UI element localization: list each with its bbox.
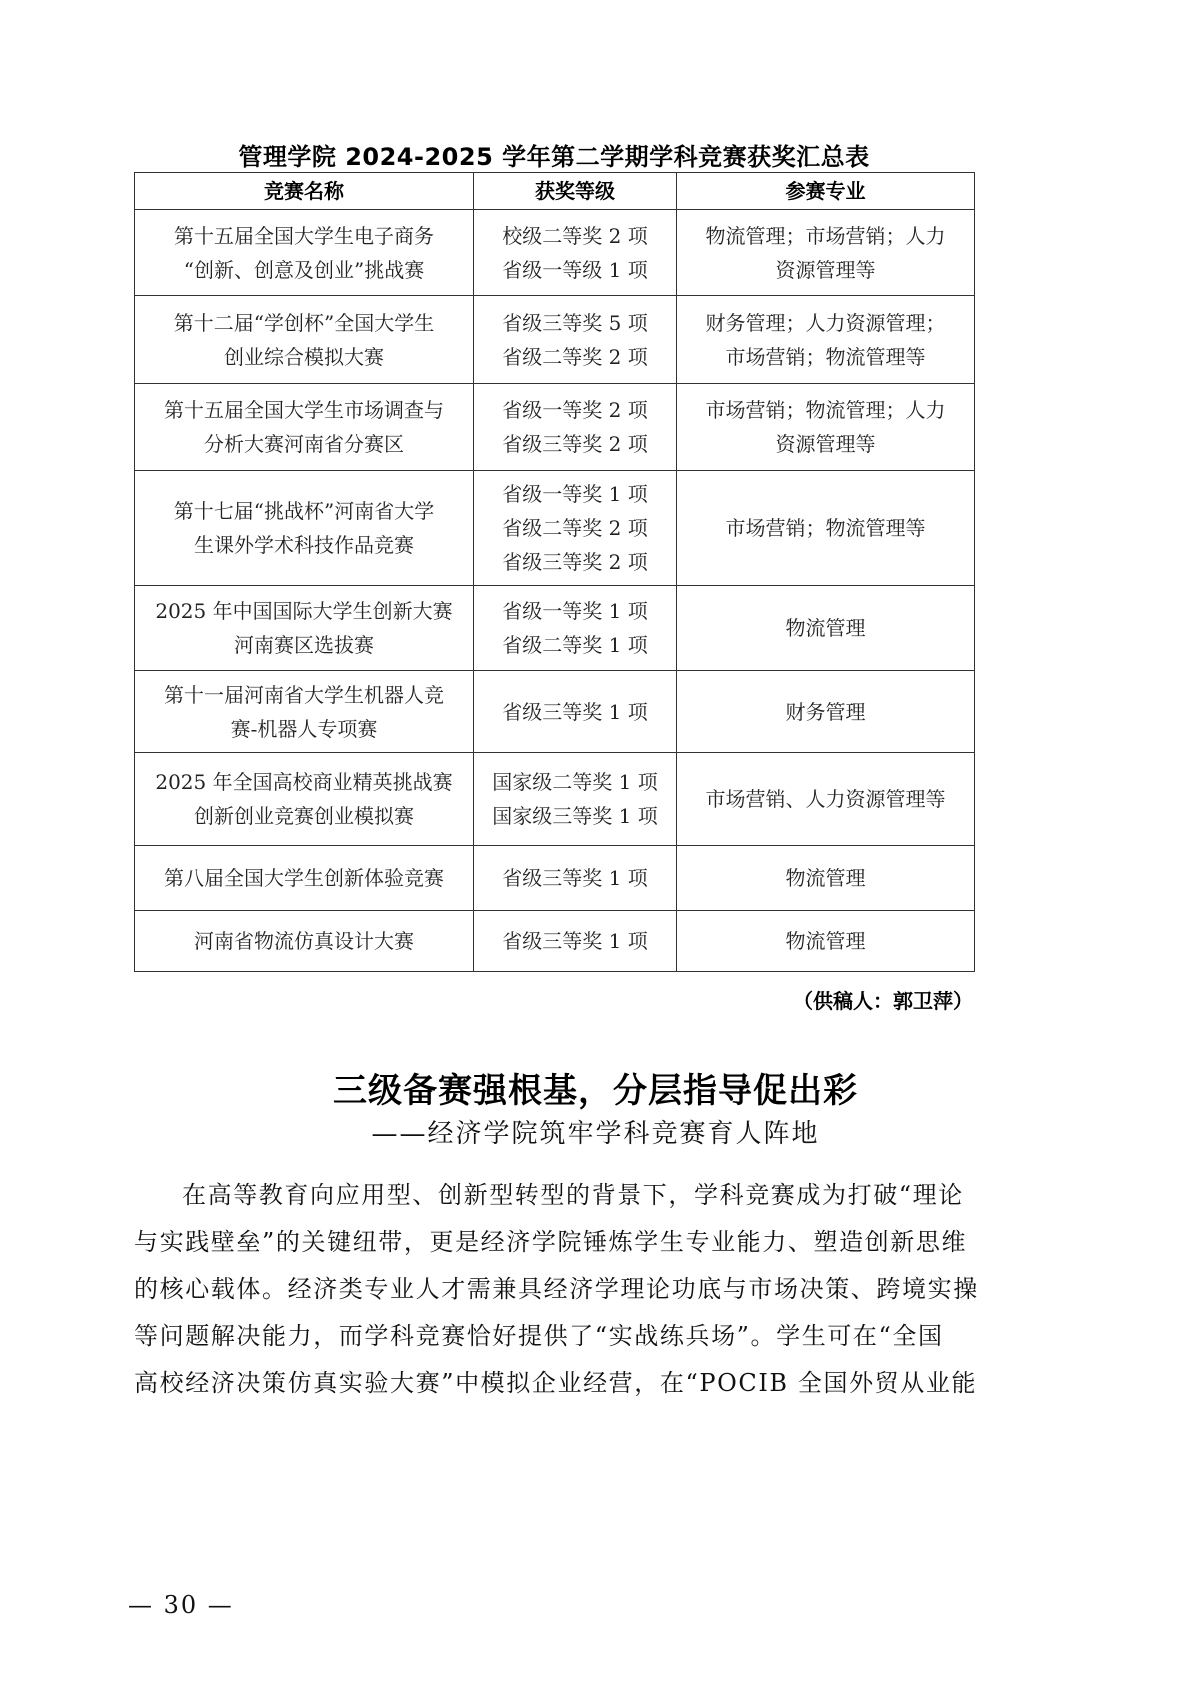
text-line: 省级一等奖 1 项: [482, 594, 668, 628]
paragraph-line: 高校经济决策仿真实验大赛”中模拟企业经营，在“POCIB 全国外贸从业能: [134, 1360, 984, 1407]
header-majors: 参赛专业: [677, 173, 975, 210]
text-line: 2025 年全国高校商业精英挑战赛: [143, 765, 465, 799]
article-subtitle: ——经济学院筑牢学科竞赛育人阵地: [0, 1113, 1191, 1150]
cell-award-level: 省级三等奖 1 项: [474, 911, 677, 972]
text-line: 物流管理；市场营销；人力: [685, 219, 966, 253]
text-line: 河南省物流仿真设计大赛: [143, 924, 465, 958]
cell-majors: 财务管理；人力资源管理； 市场营销；物流管理等: [677, 296, 975, 384]
text-line: 市场营销；物流管理等: [685, 511, 966, 545]
text-line: 赛-机器人专项赛: [143, 712, 465, 746]
table-row: 2025 年全国高校商业精英挑战赛 创新创业竞赛创业模拟赛 国家级二等奖 1 项…: [135, 753, 975, 846]
text-line: 省级二等奖 2 项: [482, 340, 668, 374]
text-line: 资源管理等: [685, 427, 966, 461]
text-line: “创新、创意及创业”挑战赛: [143, 253, 465, 287]
text-line: 省级三等奖 2 项: [482, 427, 668, 461]
paragraph-line: 的核心载体。经济类专业人才需兼具经济学理论功底与市场决策、跨境实操: [134, 1266, 984, 1313]
cell-award-level: 省级一等奖 1 项 省级二等奖 1 项: [474, 586, 677, 671]
cell-majors: 市场营销；物流管理；人力 资源管理等: [677, 384, 975, 471]
text-line: 市场营销；物流管理等: [685, 340, 966, 374]
text-line: 省级三等奖 5 项: [482, 306, 668, 340]
text-line: 物流管理: [685, 861, 966, 895]
text-line: 校级二等奖 2 项: [482, 219, 668, 253]
text-line: 第八届全国大学生创新体验竞赛: [143, 861, 465, 895]
paragraph-line: 与实践壁垒”的关键纽带，更是经济学院锤炼学生专业能力、塑造创新思维: [134, 1219, 984, 1266]
text-line: 物流管理: [685, 924, 966, 958]
cell-award-level: 国家级二等奖 1 项 国家级三等奖 1 项: [474, 753, 677, 846]
cell-competition-name: 第十五届全国大学生市场调查与 分析大赛河南省分赛区: [135, 384, 474, 471]
article-body: 在高等教育向应用型、创新型转型的背景下，学科竞赛成为打破“理论 与实践壁垒”的关…: [134, 1172, 984, 1407]
text-line: 财务管理；人力资源管理；: [685, 306, 966, 340]
cell-competition-name: 2025 年全国高校商业精英挑战赛 创新创业竞赛创业模拟赛: [135, 753, 474, 846]
table-row: 2025 年中国国际大学生创新大赛 河南赛区选拔赛 省级一等奖 1 项 省级二等…: [135, 586, 975, 671]
text-line: 财务管理: [685, 695, 966, 729]
table-header-row: 竞赛名称 获奖等级 参赛专业: [135, 173, 975, 210]
text-line: 第十一届河南省大学生机器人竞: [143, 678, 465, 712]
cell-award-level: 省级一等奖 2 项 省级三等奖 2 项: [474, 384, 677, 471]
contributor-credit: （供稿人：郭卫萍）: [793, 985, 973, 1014]
cell-majors: 财务管理: [677, 671, 975, 753]
cell-competition-name: 第十五届全国大学生电子商务 “创新、创意及创业”挑战赛: [135, 210, 474, 296]
table-row: 第十一届河南省大学生机器人竞 赛-机器人专项赛 省级三等奖 1 项 财务管理: [135, 671, 975, 753]
text-line: 分析大赛河南省分赛区: [143, 427, 465, 461]
cell-majors: 物流管理: [677, 846, 975, 911]
text-line: 省级三等奖 1 项: [482, 924, 668, 958]
text-line: 省级一等奖 1 项: [482, 477, 668, 511]
text-line: 创新创业竞赛创业模拟赛: [143, 799, 465, 833]
cell-competition-name: 第八届全国大学生创新体验竞赛: [135, 846, 474, 911]
text-line: 国家级二等奖 1 项: [482, 765, 668, 799]
cell-award-level: 省级三等奖 5 项 省级二等奖 2 项: [474, 296, 677, 384]
cell-competition-name: 第十一届河南省大学生机器人竞 赛-机器人专项赛: [135, 671, 474, 753]
cell-competition-name: 第十七届“挑战杯”河南省大学 生课外学术科技作品竞赛: [135, 471, 474, 586]
table-row: 第八届全国大学生创新体验竞赛 省级三等奖 1 项 物流管理: [135, 846, 975, 911]
cell-award-level: 省级三等奖 1 项: [474, 671, 677, 753]
text-line: 河南赛区选拔赛: [143, 628, 465, 662]
text-line: 生课外学术科技作品竞赛: [143, 528, 465, 562]
text-line: 第十二届“学创杯”全国大学生: [143, 306, 465, 340]
table-row: 第十五届全国大学生电子商务 “创新、创意及创业”挑战赛 校级二等奖 2 项 省级…: [135, 210, 975, 296]
table-row: 第十二届“学创杯”全国大学生 创业综合模拟大赛 省级三等奖 5 项 省级二等奖 …: [135, 296, 975, 384]
text-line: 省级三等奖 2 项: [482, 545, 668, 579]
header-competition-name: 竞赛名称: [135, 173, 474, 210]
text-line: 省级二等奖 1 项: [482, 628, 668, 662]
cell-award-level: 校级二等奖 2 项 省级一等级 1 项: [474, 210, 677, 296]
cell-competition-name: 2025 年中国国际大学生创新大赛 河南赛区选拔赛: [135, 586, 474, 671]
table-row: 第十七届“挑战杯”河南省大学 生课外学术科技作品竞赛 省级一等奖 1 项 省级二…: [135, 471, 975, 586]
cell-award-level: 省级三等奖 1 项: [474, 846, 677, 911]
text-line: 市场营销、人力资源管理等: [685, 782, 966, 816]
text-line: 省级三等奖 1 项: [482, 861, 668, 895]
awards-table: 竞赛名称 获奖等级 参赛专业 第十五届全国大学生电子商务 “创新、创意及创业”挑…: [134, 172, 975, 972]
text-line: 创业综合模拟大赛: [143, 340, 465, 374]
cell-majors: 物流管理；市场营销；人力 资源管理等: [677, 210, 975, 296]
header-award-level: 获奖等级: [474, 173, 677, 210]
text-line: 省级二等奖 2 项: [482, 511, 668, 545]
cell-majors: 市场营销、人力资源管理等: [677, 753, 975, 846]
cell-majors: 物流管理: [677, 586, 975, 671]
text-line: 省级一等级 1 项: [482, 253, 668, 287]
text-line: 市场营销；物流管理；人力: [685, 393, 966, 427]
cell-award-level: 省级一等奖 1 项 省级二等奖 2 项 省级三等奖 2 项: [474, 471, 677, 586]
page-number: — 30 —: [128, 1591, 234, 1619]
paragraph-line: 在高等教育向应用型、创新型转型的背景下，学科竞赛成为打破“理论: [134, 1172, 984, 1219]
text-line: 2025 年中国国际大学生创新大赛: [143, 594, 465, 628]
text-line: 省级三等奖 1 项: [482, 695, 668, 729]
text-line: 第十五届全国大学生电子商务: [143, 219, 465, 253]
table-row: 河南省物流仿真设计大赛 省级三等奖 1 项 物流管理: [135, 911, 975, 972]
text-line: 物流管理: [685, 611, 966, 645]
text-line: 资源管理等: [685, 253, 966, 287]
cell-majors: 物流管理: [677, 911, 975, 972]
text-line: 省级一等奖 2 项: [482, 393, 668, 427]
text-line: 第十五届全国大学生市场调查与: [143, 393, 465, 427]
cell-majors: 市场营销；物流管理等: [677, 471, 975, 586]
cell-competition-name: 第十二届“学创杯”全国大学生 创业综合模拟大赛: [135, 296, 474, 384]
paragraph-line: 等问题解决能力，而学科竞赛恰好提供了“实战练兵场”。学生可在“全国: [134, 1313, 984, 1360]
text-line: 第十七届“挑战杯”河南省大学: [143, 494, 465, 528]
article-title: 三级备赛强根基，分层指导促出彩: [0, 1063, 1191, 1112]
cell-competition-name: 河南省物流仿真设计大赛: [135, 911, 474, 972]
table-row: 第十五届全国大学生市场调查与 分析大赛河南省分赛区 省级一等奖 2 项 省级三等…: [135, 384, 975, 471]
text-line: 国家级三等奖 1 项: [482, 799, 668, 833]
table-title: 管理学院 2024-2025 学年第二学期学科竞赛获奖汇总表: [134, 137, 974, 172]
